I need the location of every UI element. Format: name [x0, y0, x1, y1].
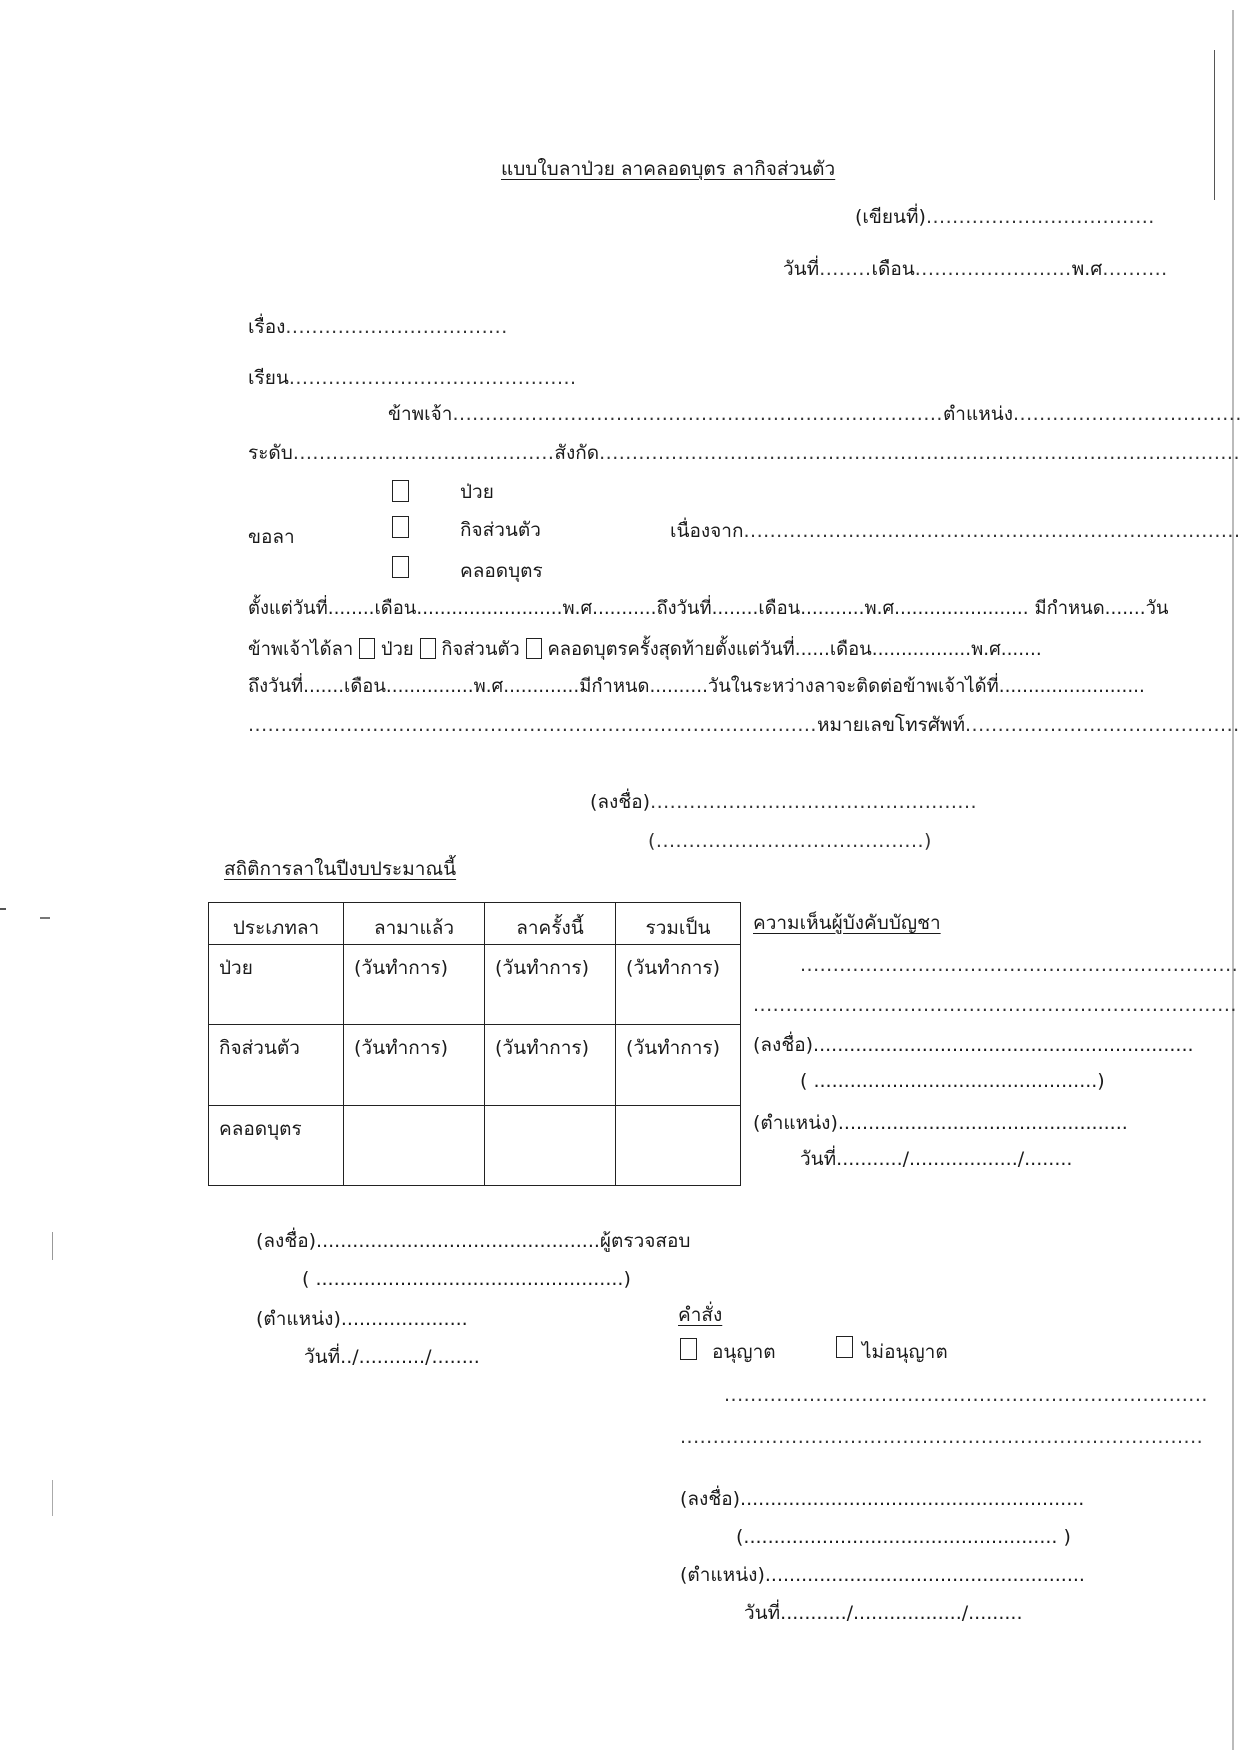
- cell-previous[interactable]: (วันทำการ): [344, 1025, 485, 1105]
- order-title: คำสั่ง: [678, 1306, 722, 1325]
- scan-edge-line: [1214, 50, 1215, 200]
- contact-line: ........................................…: [248, 716, 1240, 735]
- month-field[interactable]: ........................: [915, 258, 1072, 280]
- order-line-2[interactable]: ........................................…: [680, 1428, 1203, 1447]
- checker-name-paren[interactable]: ( ......................................…: [302, 1270, 631, 1289]
- reason-line: เนื่องจาก...............................…: [670, 522, 1240, 541]
- row-type: ป่วย: [209, 945, 344, 1025]
- to-line: เรียน...................................…: [248, 369, 577, 388]
- cell-previous[interactable]: [344, 1105, 485, 1185]
- day-field[interactable]: ........: [819, 258, 871, 280]
- scan-edge-border: [1232, 10, 1234, 1750]
- checkbox-approve[interactable]: [680, 1338, 697, 1360]
- row-type: กิจส่วนตัว: [209, 1025, 344, 1105]
- applicant-name-field[interactable]: ........................................…: [452, 403, 942, 425]
- year-field[interactable]: ..........: [1102, 258, 1167, 280]
- option-personal: กิจส่วนตัว: [460, 521, 541, 540]
- supervisor-position[interactable]: (ตำแหน่ง)...............................…: [753, 1114, 1128, 1133]
- option-sick: ป่วย: [460, 483, 494, 502]
- supervisor-signature[interactable]: (ลงชื่อ)................................…: [753, 1036, 1194, 1055]
- scan-mark: [52, 1232, 53, 1260]
- subject-line: เรื่อง..................................: [248, 318, 508, 337]
- cell-total[interactable]: (วันทำการ): [616, 1025, 741, 1105]
- cell-previous[interactable]: (วันทำการ): [344, 945, 485, 1025]
- option-maternity: คลอดบุตร: [460, 562, 543, 581]
- applicant-signature-field[interactable]: ........................................…: [650, 791, 977, 813]
- applicant-line: ข้าพเจ้า................................…: [388, 405, 1240, 424]
- checker-position[interactable]: (ตำแหน่ง).....................: [256, 1310, 468, 1329]
- subject-label: เรื่อง: [248, 316, 285, 338]
- day-label: วันที่: [783, 258, 819, 280]
- to-field[interactable]: ........................................…: [289, 367, 577, 389]
- last-leave-label: ข้าพเจ้าได้ลา: [248, 639, 353, 660]
- request-leave-label: ขอลา: [248, 528, 295, 547]
- written-at-label: (เขียนที่): [855, 206, 926, 228]
- supervisor-name-paren[interactable]: ( ......................................…: [800, 1072, 1105, 1091]
- option-reject: ไม่อนุญาต: [862, 1343, 948, 1362]
- checkbox-maternity[interactable]: [392, 556, 409, 578]
- scan-mark: [52, 1480, 53, 1516]
- checkbox-personal[interactable]: [392, 516, 409, 538]
- form-title: แบบใบลาป่วย ลาคลอดบุตร ลากิจส่วนตัว: [501, 160, 835, 179]
- checkbox-last-sick[interactable]: [359, 638, 375, 659]
- table-row: กิจส่วนตัว (วันทำการ) (วันทำการ) (วันทำก…: [209, 1025, 741, 1105]
- col-header-type: ประเภทลา: [209, 903, 344, 945]
- checkbox-last-personal[interactable]: [420, 638, 436, 659]
- order-name-paren[interactable]: (.......................................…: [736, 1528, 1071, 1547]
- scan-mark: [0, 908, 6, 910]
- reason-label: เนื่องจาก: [670, 520, 743, 542]
- phone-field[interactable]: ........................................…: [965, 714, 1240, 736]
- table-row: ป่วย (วันทำการ) (วันทำการ) (วันทำการ): [209, 945, 741, 1025]
- supervisor-opinion-line-2[interactable]: ........................................…: [753, 996, 1237, 1015]
- last-leave-sick: ป่วย: [381, 639, 414, 660]
- level-label: ระดับ: [248, 442, 293, 464]
- last-leave-maternity: คลอดบุตรครั้งสุดท้ายตั้งแต่วันที่......เ…: [547, 639, 1041, 660]
- subject-field[interactable]: ..................................: [285, 316, 507, 338]
- checkbox-sick[interactable]: [392, 480, 409, 502]
- affiliation-field[interactable]: ........................................…: [599, 442, 1240, 464]
- affiliation-label: สังกัด: [554, 442, 599, 464]
- supervisor-opinion-title: ความเห็นผู้บังคับบัญชา: [753, 914, 941, 933]
- reason-field[interactable]: ........................................…: [743, 520, 1240, 542]
- row-type: คลอดบุตร: [209, 1105, 344, 1185]
- stats-title: สถิติการลาในปีงบประมาณนี้: [224, 860, 456, 879]
- order-date[interactable]: วันที่.........../................../...…: [744, 1604, 1023, 1623]
- checker-signature[interactable]: (ลงชื่อ)................................…: [256, 1232, 690, 1251]
- last-leave-personal: กิจส่วนตัว: [441, 639, 519, 660]
- applicant-name-paren[interactable]: (.......................................…: [648, 832, 932, 851]
- cell-current[interactable]: (วันทำการ): [485, 1025, 616, 1105]
- table-header-row: ประเภทลา ลามาแล้ว ลาครั้งนี้ รวมเป็น: [209, 903, 741, 945]
- position-field[interactable]: ........................................: [1013, 403, 1240, 425]
- level-field[interactable]: ........................................: [293, 442, 555, 464]
- date-line: วันที่........เดือน.....................…: [783, 260, 1168, 279]
- leave-stats-table: ประเภทลา ลามาแล้ว ลาครั้งนี้ รวมเป็น ป่ว…: [208, 902, 741, 1186]
- to-label: เรียน: [248, 367, 289, 389]
- supervisor-opinion-line-1[interactable]: ........................................…: [800, 956, 1240, 975]
- cell-current[interactable]: [485, 1105, 616, 1185]
- order-line-1[interactable]: ........................................…: [724, 1386, 1208, 1405]
- year-label: พ.ศ: [1072, 258, 1103, 280]
- until-line[interactable]: ถึงวันที่.......เดือน...............พ.ศ.…: [248, 678, 1145, 696]
- applicant-signature-line: (ลงชื่อ)................................…: [590, 793, 977, 812]
- cell-total[interactable]: [616, 1105, 741, 1185]
- month-label: เดือน: [872, 258, 915, 280]
- cell-total[interactable]: (วันทำการ): [616, 945, 741, 1025]
- table-row: คลอดบุตร: [209, 1105, 741, 1185]
- applicant-label: ข้าพเจ้า: [388, 403, 452, 425]
- order-position[interactable]: (ตำแหน่ง)...............................…: [680, 1566, 1085, 1585]
- phone-label: หมายเลขโทรศัพท์: [817, 714, 965, 736]
- contact-address-field[interactable]: ........................................…: [248, 714, 817, 736]
- col-header-current: ลาครั้งนี้: [485, 903, 616, 945]
- checkbox-reject[interactable]: [836, 1336, 853, 1358]
- order-signature[interactable]: (ลงชื่อ)................................…: [680, 1490, 1084, 1509]
- col-header-previous: ลามาแล้ว: [344, 903, 485, 945]
- level-line: ระดับ...................................…: [248, 444, 1240, 463]
- written-at-field[interactable]: ...................................: [926, 206, 1155, 228]
- checker-date[interactable]: วันที่../.........../........: [304, 1348, 480, 1367]
- checkbox-last-maternity[interactable]: [526, 638, 542, 659]
- last-leave-line: ข้าพเจ้าได้ลา ป่วย กิจส่วนตัว คลอดบุตรคร…: [248, 638, 1042, 659]
- period-line[interactable]: ตั้งแต่วันที่........เดือน..............…: [248, 600, 1168, 618]
- option-approve: อนุญาต: [712, 1343, 776, 1362]
- signature-label: (ลงชื่อ): [590, 791, 650, 813]
- written-at-line: (เขียนที่)..............................…: [855, 208, 1155, 227]
- scan-mark: [40, 917, 50, 919]
- position-label: ตำแหน่ง: [943, 403, 1013, 425]
- supervisor-date[interactable]: วันที่.........../................../...…: [800, 1150, 1072, 1169]
- col-header-total: รวมเป็น: [616, 903, 741, 945]
- cell-current[interactable]: (วันทำการ): [485, 945, 616, 1025]
